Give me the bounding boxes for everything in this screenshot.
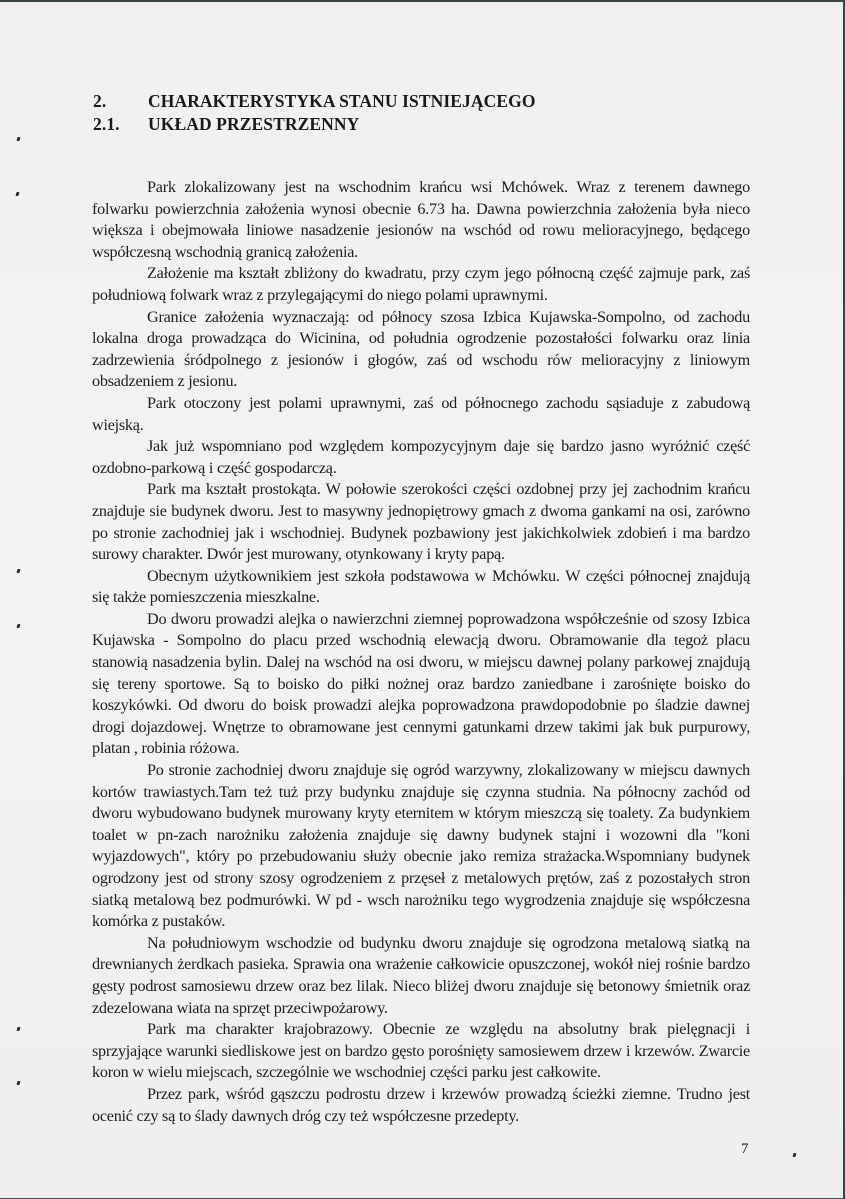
paragraph: Na południowym wschodzie od budynku dwor… (92, 933, 750, 1019)
paragraph: Obecnym użytkownikiem jest szkoła podsta… (92, 566, 750, 609)
document-page: 2.CHARAKTERYSTYKA STANU ISTNIEJĄCEGO 2.1… (0, 0, 845, 1199)
paragraph: Park otoczony jest polami uprawnymi, zaś… (92, 393, 750, 436)
margin-mark (16, 569, 20, 573)
subsection-title: UKŁAD PRZESTRZENNY (148, 114, 359, 134)
section-number: 2. (93, 91, 148, 112)
margin-mark (16, 624, 20, 628)
section-heading: 2.CHARAKTERYSTYKA STANU ISTNIEJĄCEGO (93, 91, 536, 112)
paragraph: Park ma kształt prostokąta. W połowie sz… (92, 479, 750, 565)
margin-mark (16, 1027, 20, 1031)
body-text: Park zlokalizowany jest na wschodnim kra… (92, 177, 750, 1127)
paragraph: Po stronie zachodniej dworu znajduje się… (92, 760, 750, 933)
paragraph: Założenie ma kształt zbliżony do kwadrat… (92, 263, 750, 306)
subsection-heading: 2.1.UKŁAD PRZESTRZENNY (93, 114, 359, 135)
paragraph: Jak już wspomniano pod względem kompozyc… (92, 436, 750, 479)
margin-mark (15, 192, 19, 196)
margin-mark (16, 137, 20, 141)
margin-mark (792, 1153, 796, 1157)
paragraph: Przez park, wśród gąszczu podrostu drzew… (92, 1084, 750, 1127)
paragraph: Park zlokalizowany jest na wschodnim kra… (92, 177, 750, 263)
subsection-number: 2.1. (93, 114, 148, 135)
margin-mark (16, 1081, 20, 1085)
paragraph: Do dworu prowadzi alejka o nawierzchni z… (92, 609, 750, 760)
paragraph: Granice założenia wyznaczają: od północy… (92, 307, 750, 393)
section-title: CHARAKTERYSTYKA STANU ISTNIEJĄCEGO (148, 91, 536, 111)
paragraph: Park ma charakter krajobrazowy. Obecnie … (92, 1019, 750, 1084)
page-number: 7 (741, 1141, 749, 1158)
